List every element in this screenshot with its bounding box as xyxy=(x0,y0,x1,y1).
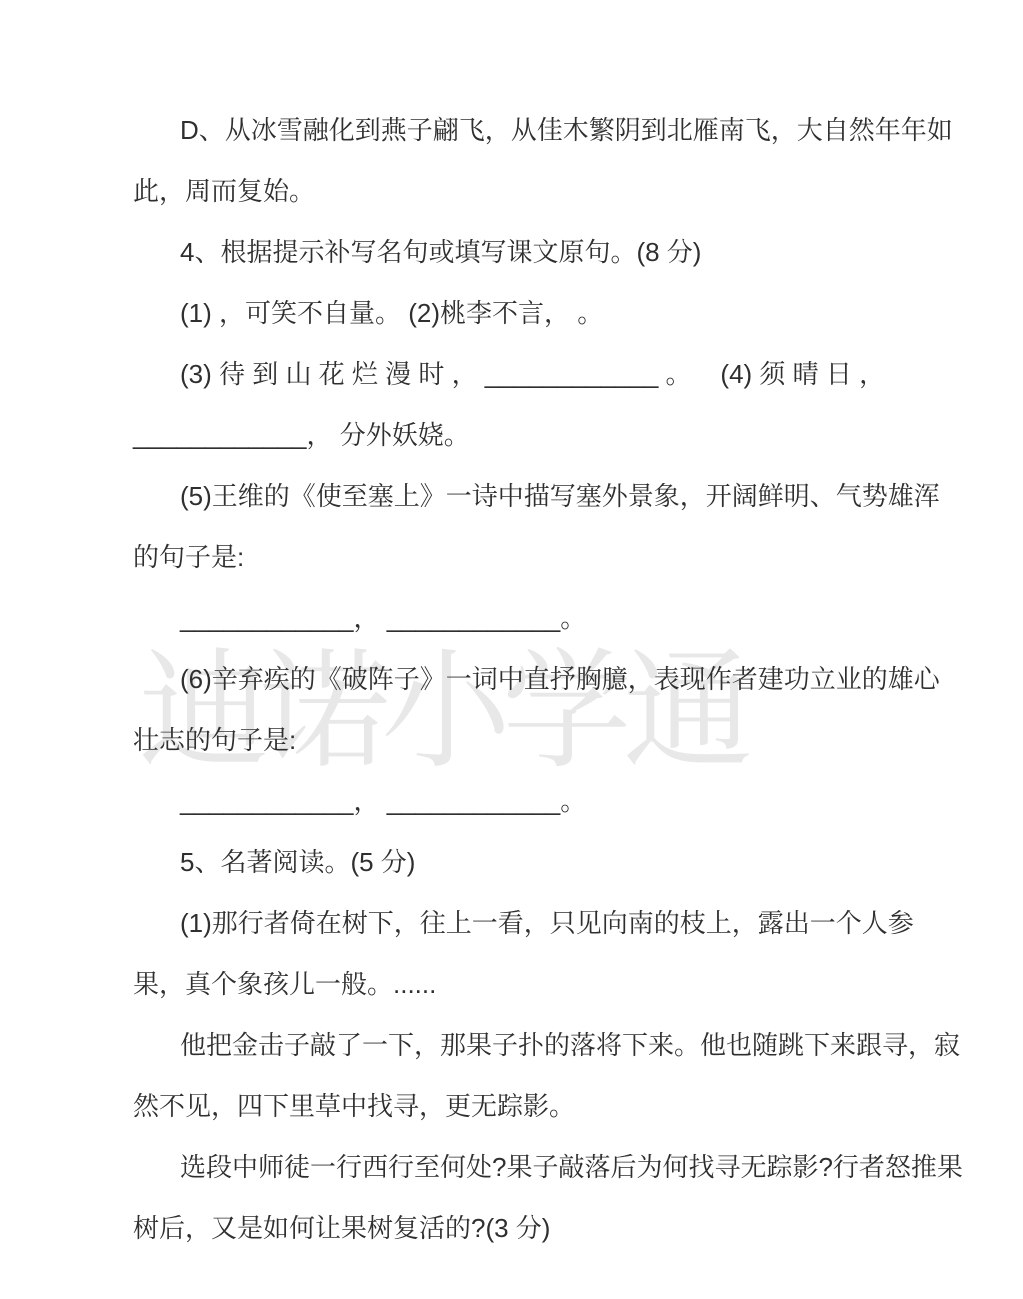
question-4-items-3-4: (3) 待 到 山 花 烂 漫 时 ， ____________ 。 (4) 须… xyxy=(133,344,933,405)
question-4-items-1-2: (1) ，可笑不自量。 (2)桃李不言， 。 xyxy=(133,283,933,344)
question-4-item-5-answer-blank: ____________， ____________。 xyxy=(133,588,933,649)
exam-content: D、从冰雪融化到燕子翩飞，从佳木繁阴到北雁南飞，大自然年年如 此，周而复始。 4… xyxy=(133,100,933,1259)
question-5-question: 选段中师徒一行西行至何处?果子敲落后为何找寻无踪影?行者怒推果 树后，又是如何让… xyxy=(133,1137,933,1259)
question-4-heading: 4、根据提示补写名句或填写课文原句。(8 分) xyxy=(133,222,933,283)
question-5-passage-1: (1)那行者倚在树下，往上一看，只见向南的枝上，露出一个人参 果，真个象孩儿一般… xyxy=(133,893,933,1015)
question-4-item-4-continuation: ____________， 分外妖娆。 xyxy=(133,405,933,466)
option-d-sentence: D、从冰雪融化到燕子翩飞，从佳木繁阴到北雁南飞，大自然年年如 此，周而复始。 xyxy=(133,100,933,222)
question-4-item-5: (5)王维的《使至塞上》一诗中描写塞外景象，开阔鲜明、气势雄浑 的句子是: xyxy=(133,466,933,588)
question-4-item-6: (6)辛弃疾的《破阵子》一词中直抒胸臆，表现作者建功立业的雄心 壮志的句子是: xyxy=(133,649,933,771)
exam-page: 迪诺小学通 D、从冰雪融化到燕子翩飞，从佳木繁阴到北雁南飞，大自然年年如 此，周… xyxy=(0,0,1023,1299)
question-4-item-6-answer-blank: ____________， ____________。 xyxy=(133,771,933,832)
question-5-heading: 5、名著阅读。(5 分) xyxy=(133,832,933,893)
question-5-passage-2: 他把金击子敲了一下，那果子扑的落将下来。他也随跳下来跟寻，寂 然不见，四下里草中… xyxy=(133,1015,933,1137)
